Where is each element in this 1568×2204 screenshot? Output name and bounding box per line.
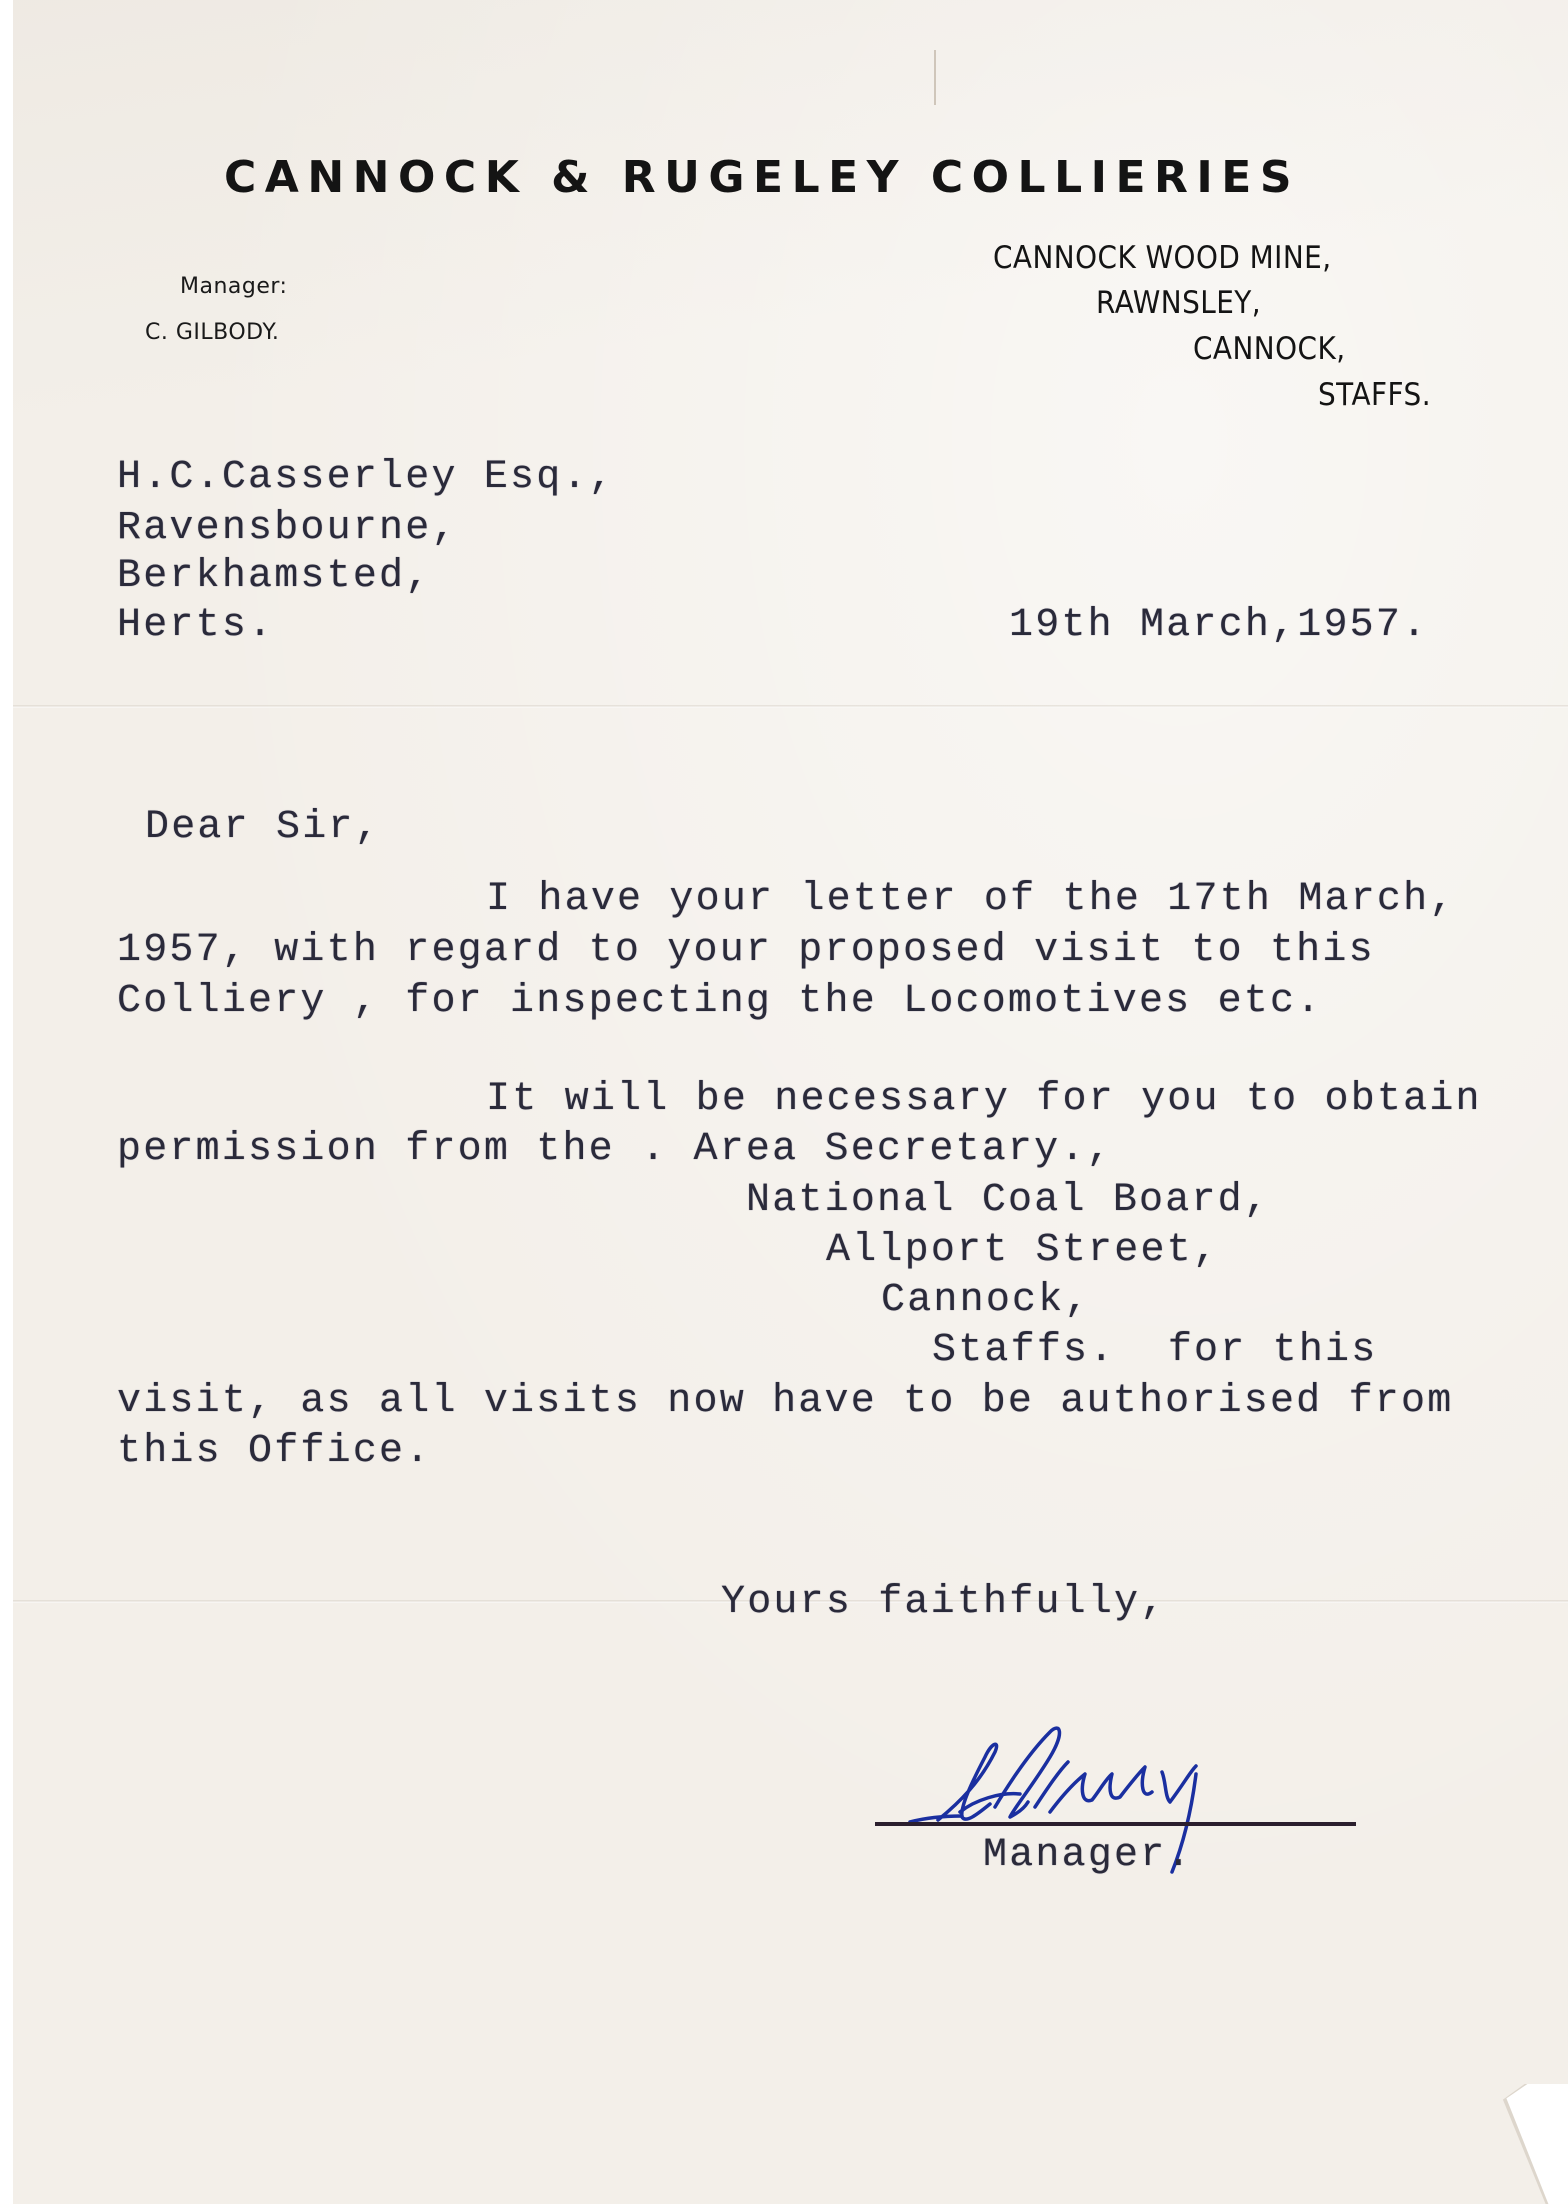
recipient-line-2: Ravensbourne, [117, 509, 458, 549]
recipient-line-4: Herts. [117, 606, 274, 646]
mine-address-line-2: RAWNSLEY, [1096, 285, 1261, 321]
ncb-address-line-2: Allport Street, [826, 1231, 1219, 1271]
mine-address-line-1: CANNOCK WOOD MINE, [993, 240, 1332, 276]
paragraph2-line-3: visit, as all visits now have to be auth… [117, 1382, 1453, 1422]
paragraph1-line-1: I have your letter of the 17th March, [486, 880, 1456, 920]
paragraph2-line-4: this Office. [117, 1432, 431, 1472]
fold-line-upper [13, 705, 1568, 708]
signature-line [875, 1822, 1356, 1826]
signer-title: Manager. [983, 1836, 1193, 1876]
manager-name: C. GILBODY. [145, 320, 279, 345]
letter-date: 19th March,1957. [1009, 606, 1428, 646]
paragraph1-line-3: Colliery , for inspecting the Locomotive… [117, 982, 1322, 1022]
mine-address-line-3: CANNOCK, [1193, 331, 1346, 367]
mine-address-line-4: STAFFS. [1318, 377, 1431, 413]
closing: Yours faithfully, [721, 1583, 1166, 1623]
paragraph2-line-1: It will be necessary for you to obtain [486, 1080, 1482, 1120]
ncb-address-line-3: Cannock, [881, 1281, 1091, 1321]
manager-label: Manager: [180, 274, 287, 299]
paragraph2-line-2: permission from the . Area Secretary., [117, 1130, 1113, 1170]
recipient-line-3: Berkhamsted, [117, 557, 431, 597]
salutation: Dear Sir, [145, 808, 381, 848]
paragraph1-line-2: 1957, with regard to your proposed visit… [117, 931, 1375, 971]
ncb-address-line-1: National Coal Board, [746, 1181, 1270, 1221]
recipient-line-1: H.C.Casserley Esq., [117, 458, 615, 498]
paper-crease [934, 50, 936, 105]
company-letterhead-title: CANNOCK & RUGELEY COLLIERIES [224, 152, 1300, 203]
ncb-address-line-4: Staffs. for this [932, 1331, 1377, 1371]
